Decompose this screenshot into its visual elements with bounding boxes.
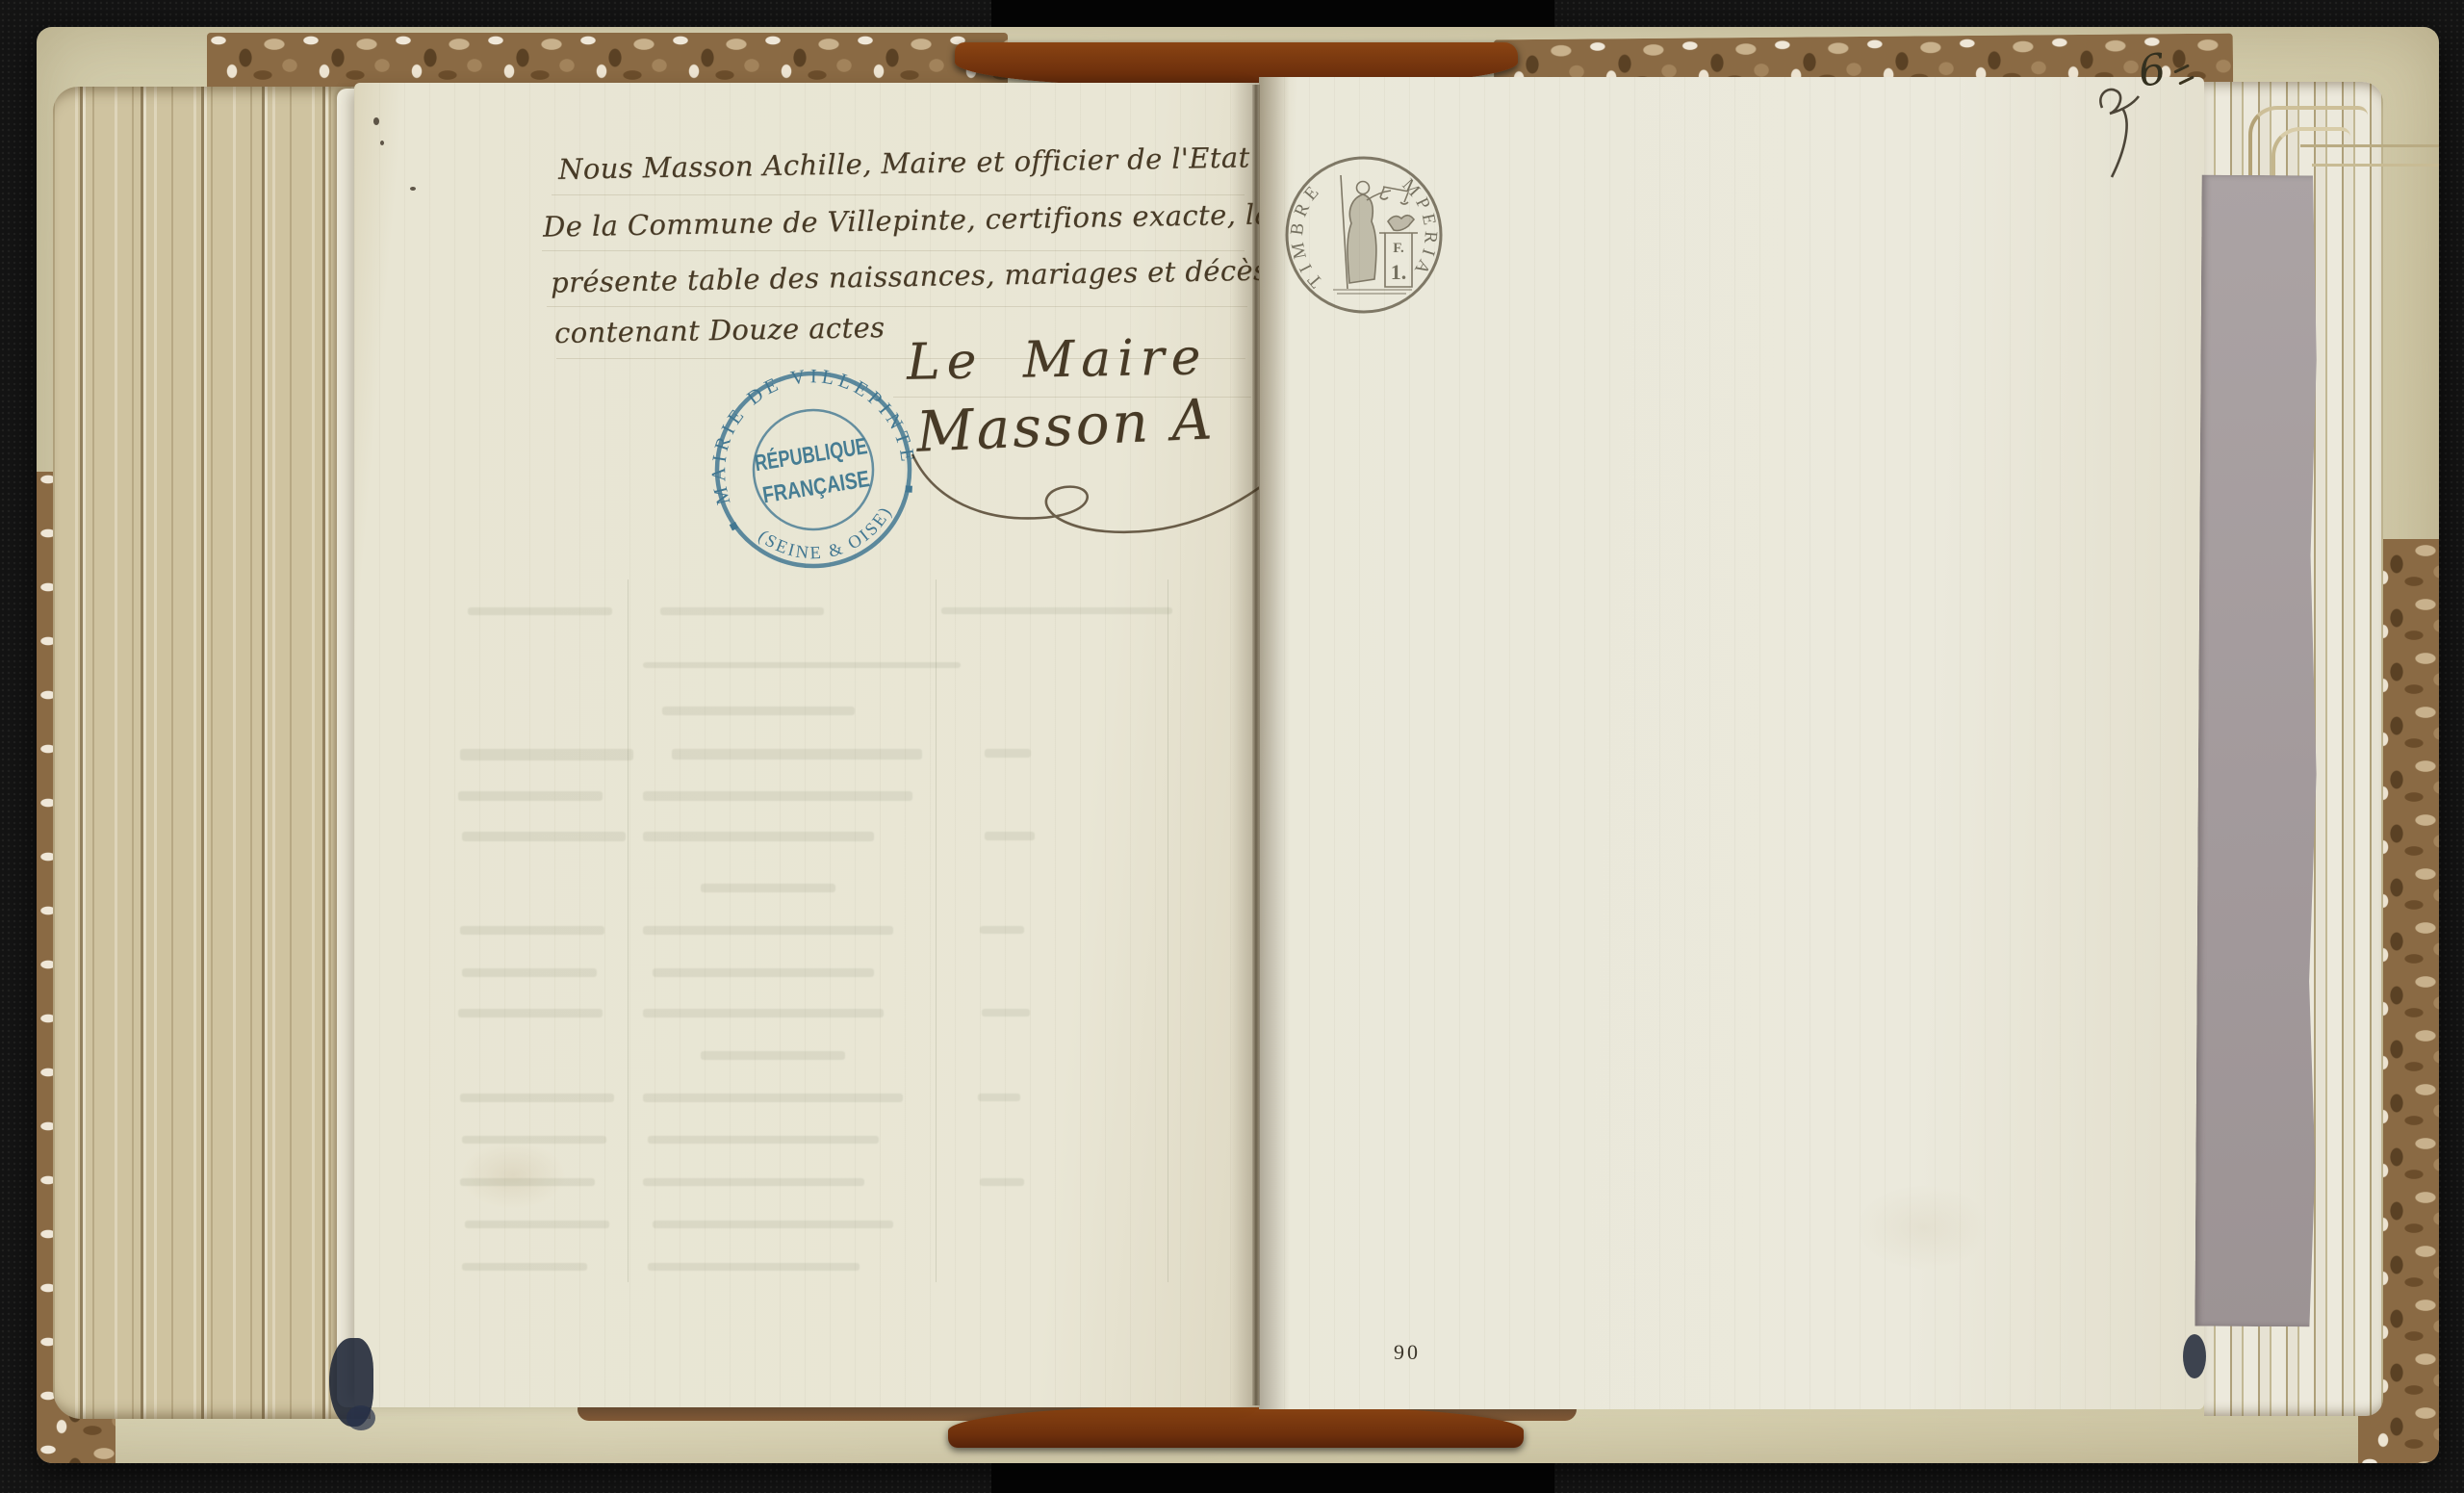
handwritten-line-2: De la Commune de Villepinte, certifions … [543,197,1272,243]
ghost-row-segment [672,749,922,759]
left-page-stack-edges [53,87,371,1419]
pedestal-number: 1. [1391,260,1407,284]
ghost-row-segment [978,1094,1020,1101]
ghost-table-column-line [936,579,937,1282]
right-stack-top-edge-inner [2312,164,2439,167]
ghost-row-segment [465,1221,609,1228]
ghost-row-segment [460,926,604,935]
ghost-row-segment [458,791,603,801]
timbre-imperial-stamp: TIMBRE IMPERIAL. F. 1. [1268,139,1460,331]
ghost-row-segment [980,926,1024,934]
ghost-row-segment [982,1009,1030,1017]
ghost-row-segment [662,707,855,715]
handwritten-line-4: contenant Douze actes [554,311,885,349]
paper-stain [1856,1184,1990,1271]
ghost-table-column-line [628,579,629,1282]
closing-title: Le Maire [907,328,1208,391]
ruled-line [552,194,1245,195]
scanned-register-page: Nous Masson Achille, Maire et officier d… [0,0,2464,1493]
left-page: Nous Masson Achille, Maire et officier d… [354,83,1259,1407]
handwritten-line-1: Nous Masson Achille, Maire et officier d… [558,140,1320,186]
ghost-row-segment [980,1178,1024,1186]
spine-leather-bottom [948,1405,1524,1448]
ghost-row-segment [660,607,824,615]
ghost-row-segment [460,1178,595,1186]
ghost-row-segment [460,749,633,760]
ink-speck [380,141,384,145]
ink-blot [2183,1334,2206,1378]
signature-flourish [895,416,1299,560]
ghost-row-segment [648,1136,879,1144]
mairie-villepinte-stamp: MAIRIE DE VILLEPINTE (SEINE & OISE) ◆ ◆ … [688,345,938,595]
ghost-row-segment [643,791,912,801]
handwritten-line-3: présente table des naissances, mariages … [551,253,1277,298]
ghost-row-segment [701,1051,845,1060]
ghost-row-segment [462,968,597,977]
eagle-engraving [1388,216,1414,231]
ruled-line [547,306,1247,307]
ink-blot [346,1405,375,1430]
book-gutter [1252,85,1260,1405]
svg-text:TIMBRE: TIMBRE [1287,178,1327,291]
ghost-row-segment [468,607,612,615]
inserted-grey-card [2194,175,2321,1327]
ghost-row-segment [643,662,961,668]
ghost-row-segment [648,1263,860,1271]
ink-speck [373,117,379,125]
ghost-row-segment [460,1094,614,1102]
corner-flourish-mark [2094,81,2156,193]
paper-stain [460,1142,566,1209]
ghost-row-segment [458,1009,603,1017]
ghost-row-segment [643,1009,884,1017]
ghost-row-segment [643,926,893,935]
ghost-row-segment [701,884,835,892]
timbre-left-arc-text: TIMBRE [1287,178,1327,291]
ghost-row-segment [643,1178,864,1186]
ghost-row-segment [643,1094,903,1102]
pedestal-letter: F. [1393,241,1404,256]
stamp-diamond-icon: ◆ [725,519,741,532]
stamp-diamond-icon: ◆ [901,480,918,497]
ghost-row-segment [985,832,1035,840]
ink-speck [410,187,416,191]
ghost-row-segment [985,749,1031,758]
ghost-row-segment [643,832,874,841]
ghost-row-segment [941,607,1172,614]
right-stack-top-edge [2300,144,2439,147]
page-number: 90 [1394,1340,1421,1365]
ghost-table-column-line [1168,579,1168,1282]
ghost-row-segment [462,832,626,841]
ruled-line [542,250,1245,251]
ghost-row-segment [653,1221,893,1228]
ghost-row-segment [462,1263,587,1271]
ghost-row-segment [462,1136,606,1144]
ghost-row-segment [653,968,874,977]
